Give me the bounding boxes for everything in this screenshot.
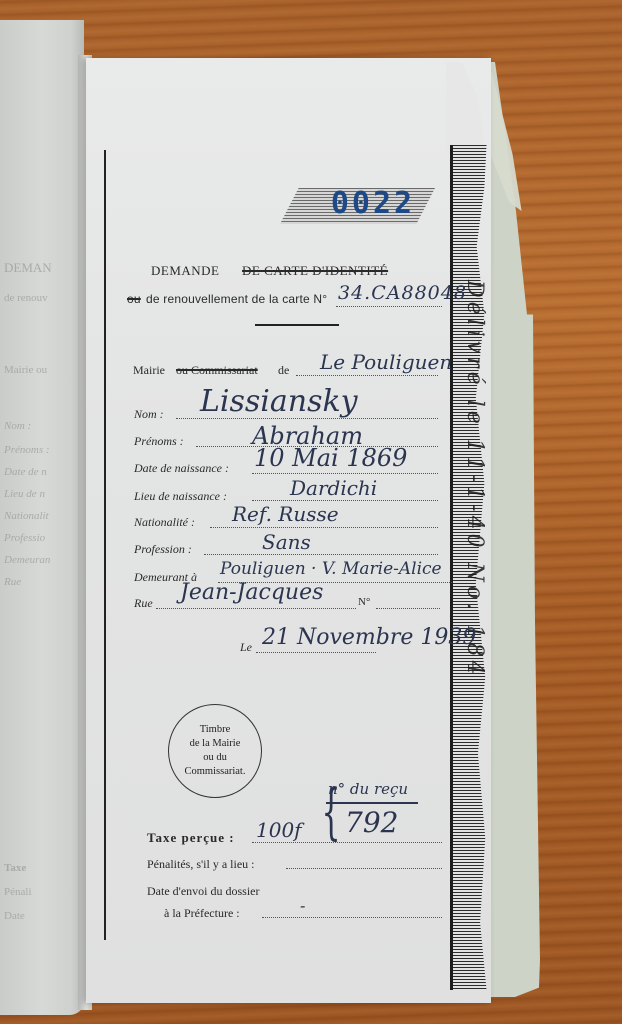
envoi-line	[262, 917, 442, 918]
stamp-line: Commissariat.	[185, 765, 246, 779]
field-label-rue: Rue	[134, 596, 153, 611]
field-line	[252, 500, 438, 501]
date-value: 21 Novembre 1939	[262, 625, 476, 650]
stamp-line: ou du	[203, 751, 227, 765]
margin-handwriting: Délivré le 11-1-40 No. 184	[457, 280, 487, 920]
field-value-profession: Sans	[262, 530, 311, 554]
mairie-line	[296, 375, 438, 376]
taxe-line	[252, 842, 442, 843]
ghost-text: Date de n	[4, 466, 47, 478]
field-label-nom: Nom :	[134, 407, 164, 422]
title-divider	[255, 324, 339, 326]
ghost-text: Mairie ou	[4, 364, 47, 376]
stamp-line: de la Mairie	[190, 737, 241, 751]
ghost-text: DEMAN	[4, 260, 52, 276]
ghost-text: Prénoms :	[4, 444, 50, 456]
ghost-text: Taxe	[4, 862, 26, 874]
mairie-struck: ou Commissariat	[176, 363, 258, 378]
card-number-line	[336, 306, 442, 307]
ghost-text: Professio	[4, 532, 45, 544]
field-value-nom: Lissiansky	[200, 384, 358, 419]
ghost-text: Pénali	[4, 886, 32, 898]
ghost-text: de renouv	[4, 292, 48, 304]
stamp-placeholder: Timbre de la Mairie ou du Commissariat.	[168, 704, 262, 798]
field-line	[156, 608, 356, 609]
ghost-text: Demeuran	[4, 554, 50, 566]
date-label: Le	[240, 640, 252, 655]
ghost-text: Rue	[4, 576, 21, 588]
field-line	[204, 554, 438, 555]
stamp-line: Timbre	[200, 723, 231, 737]
receipt-number: 792	[345, 806, 398, 839]
renewal-label: de renouvellement de la carte N°	[146, 292, 327, 306]
mairie-de: de	[278, 363, 289, 378]
field-label-nationalite: Nationalité :	[134, 515, 195, 530]
mairie-label: Mairie	[133, 363, 165, 378]
date-line	[256, 652, 376, 653]
left-border-rule	[104, 150, 106, 940]
field-value-nationalite: Ref. Russe	[232, 502, 339, 526]
field-value-lieu-naissance: Dardichi	[290, 476, 377, 500]
field-value-demeurant: Pouliguen · V. Marie-Alice	[220, 559, 442, 579]
envoi-value: -	[300, 896, 305, 915]
title-struck: DE CARTE D'IDENTITÉ	[242, 263, 388, 279]
field-label-date-naissance: Date de naissance :	[134, 461, 229, 476]
ghost-text: Date	[4, 910, 25, 922]
envoi-label-2: à la Préfecture :	[164, 906, 240, 921]
penalites-line	[286, 868, 442, 869]
street-number-line	[376, 608, 440, 609]
field-value-date-naissance: 10 Mai 1869	[254, 444, 407, 472]
ghost-text: Nom :	[4, 420, 31, 432]
field-label-prenoms: Prénoms :	[134, 434, 184, 449]
taxe-value: 100f	[256, 818, 302, 842]
mairie-value: Le Pouliguen	[320, 350, 452, 374]
renewal-struck-prefix: ou	[127, 292, 141, 306]
taxe-label: Taxe perçue :	[147, 830, 235, 846]
field-line	[252, 473, 438, 474]
brace-mark: {	[322, 782, 341, 842]
field-value-rue: Jean-Jacques	[180, 580, 323, 605]
serial-number: 0022	[318, 186, 428, 221]
field-line	[210, 527, 438, 528]
title-demande: DEMANDE	[151, 263, 220, 279]
field-label-lieu-naissance: Lieu de naissance :	[134, 489, 227, 504]
field-label-profession: Profession :	[134, 542, 192, 557]
card-number-value: 34.CA88048	[338, 282, 467, 304]
ghost-text: Lieu de n	[4, 488, 45, 500]
ghost-text: Nationalit	[4, 510, 49, 522]
envoi-label-1: Date d'envoi du dossier	[147, 884, 259, 899]
street-number-label: N°	[358, 596, 370, 608]
penalites-label: Pénalités, s'il y a lieu :	[147, 857, 254, 872]
left-page-underlay: DEMAN de renouv Mairie ou Nom : Prénoms …	[0, 20, 84, 1015]
